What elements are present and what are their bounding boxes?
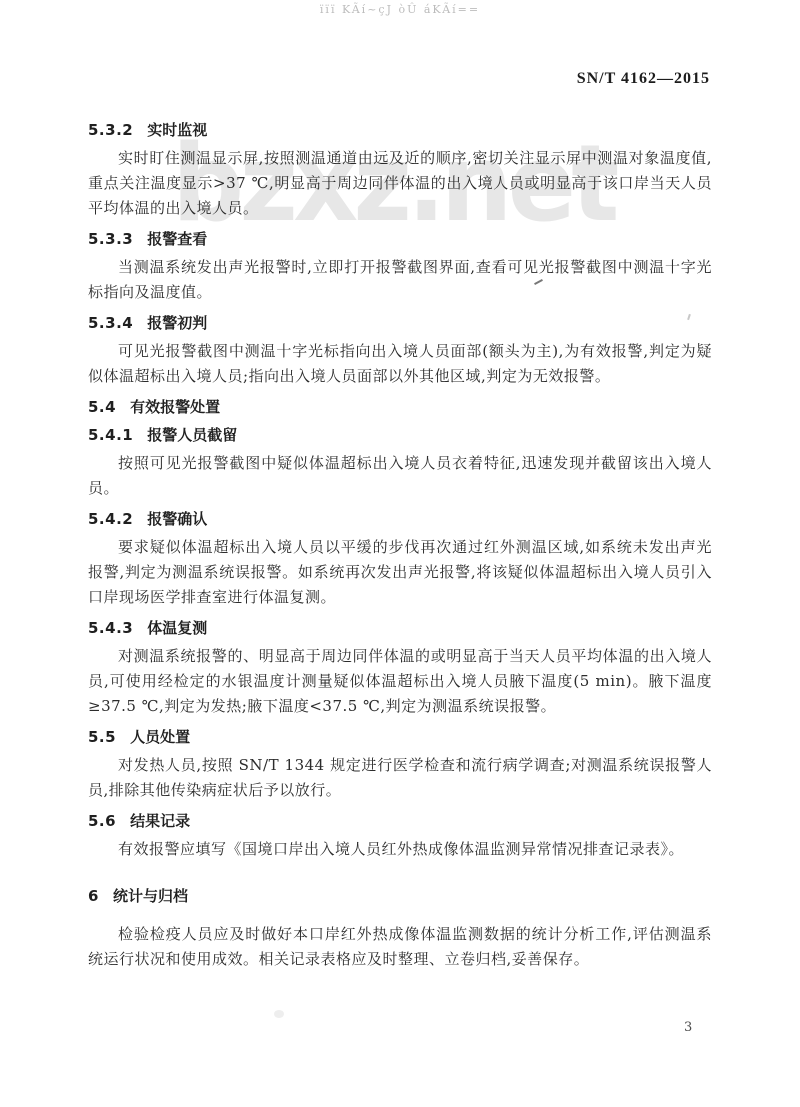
section-heading-5.3.2: 5.3.2实时监视 — [88, 120, 712, 140]
section-number: 5.6 — [88, 811, 116, 831]
paragraph: 当测温系统发出声光报警时,立即打开报警截图界面,查看可见光报警截图中测温十字光标… — [88, 255, 712, 305]
section-heading-5.3.3: 5.3.3报警查看 — [88, 229, 712, 249]
scan-artifact-smudge — [274, 1010, 284, 1018]
paragraph: 按照可见光报警截图中疑似体温超标出入境人员衣着特征,迅速发现并截留该出入境人员。 — [88, 451, 712, 501]
section-heading-5.4.1: 5.4.1报警人员截留 — [88, 425, 712, 445]
paragraph: 检验检疫人员应及时做好本口岸红外热成像体温监测数据的统计分析工作,评估测温系统运… — [88, 922, 712, 972]
section-title: 报警初判 — [147, 313, 207, 333]
section-title: 统计与归档 — [113, 886, 188, 906]
section-heading-5.4.2: 5.4.2报警确认 — [88, 509, 712, 529]
section-heading-5.3.4: 5.3.4报警初判 — [88, 313, 712, 333]
document-page: ïïï KÃí~çJ òÛ áKÃí== bzxz.net SN/T 4162—… — [0, 0, 800, 1107]
section-number: 5.3.3 — [88, 229, 133, 249]
section-title: 报警人员截留 — [147, 425, 237, 445]
document-body: 5.3.2实时监视实时盯住测温显示屏,按照测温通道由远及近的顺序,密切关注显示屏… — [88, 112, 712, 972]
paragraph: 可见光报警截图中测温十字光标指向出入境人员面部(额头为主),为有效报警,判定为疑… — [88, 339, 712, 389]
scan-header-artifact: ïïï KÃí~çJ òÛ áKÃí== — [0, 3, 800, 16]
section-heading-5.4: 5.4有效报警处置 — [88, 397, 712, 417]
paragraph: 对发热人员,按照 SN/T 1344 规定进行医学检查和流行病学调查;对测温系统… — [88, 753, 712, 803]
section-number: 6 — [88, 886, 99, 906]
standard-number: SN/T 4162—2015 — [577, 70, 710, 88]
section-heading-6: 6统计与归档 — [88, 886, 712, 906]
section-title: 人员处置 — [130, 727, 190, 747]
paragraph: 实时盯住测温显示屏,按照测温通道由远及近的顺序,密切关注显示屏中测温对象温度值,… — [88, 146, 712, 221]
section-title: 报警确认 — [147, 509, 207, 529]
section-number: 5.5 — [88, 727, 116, 747]
paragraph: 有效报警应填写《国境口岸出入境人员红外热成像体温监测异常情况排查记录表》。 — [88, 837, 712, 862]
section-title: 报警查看 — [147, 229, 207, 249]
section-number: 5.3.4 — [88, 313, 133, 333]
section-title: 体温复测 — [147, 618, 207, 638]
section-title: 有效报警处置 — [130, 397, 220, 417]
section-number: 5.3.2 — [88, 120, 133, 140]
section-heading-5.5: 5.5人员处置 — [88, 727, 712, 747]
section-heading-5.4.3: 5.4.3体温复测 — [88, 618, 712, 638]
page-number: 3 — [684, 1020, 692, 1035]
section-title: 实时监视 — [147, 120, 207, 140]
section-title: 结果记录 — [130, 811, 190, 831]
paragraph: 要求疑似体温超标出入境人员以平缓的步伐再次通过红外测温区域,如系统未发出声光报警… — [88, 535, 712, 610]
section-number: 5.4.3 — [88, 618, 133, 638]
section-number: 5.4 — [88, 397, 116, 417]
paragraph: 对测温系统报警的、明显高于周边同伴体温的或明显高于当天人员平均体温的出入境人员,… — [88, 644, 712, 719]
section-number: 5.4.2 — [88, 509, 133, 529]
section-number: 5.4.1 — [88, 425, 133, 445]
section-heading-5.6: 5.6结果记录 — [88, 811, 712, 831]
